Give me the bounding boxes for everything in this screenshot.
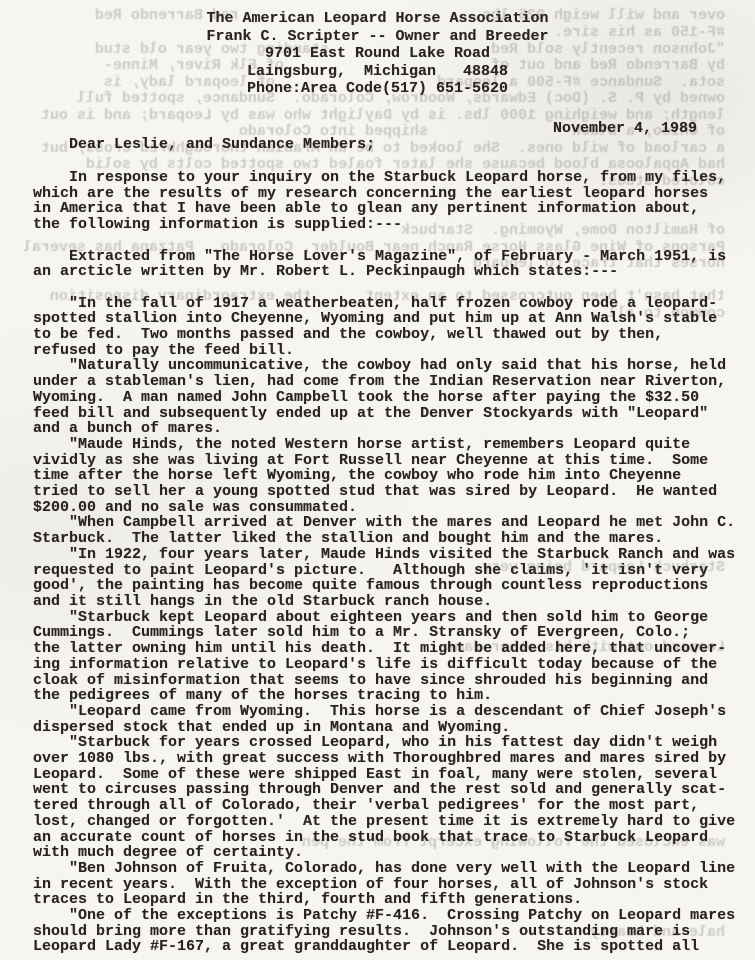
letterhead-organization: The American Leopard Horse Association: [0, 10, 755, 28]
letterhead-city: Laingsburg, Michigan 48848: [0, 63, 755, 81]
letter-date: November 4, 1989: [553, 121, 697, 137]
letterhead-street: 9701 East Round Lake Road: [0, 45, 755, 63]
letter-page: over and will weigh 925 lbs. red Barrend…: [0, 0, 755, 960]
salutation: Dear Leslie, and Sundance Members;: [69, 136, 375, 153]
letterhead: The American Leopard Horse Association F…: [0, 10, 755, 98]
letterhead-phone: Phone:Area Code(517) 651-5620: [0, 80, 755, 98]
letterhead-owner: Frank C. Scripter -- Owner and Breeder: [0, 28, 755, 46]
letter-body: In response to your inquiry on the Starb…: [33, 170, 735, 955]
